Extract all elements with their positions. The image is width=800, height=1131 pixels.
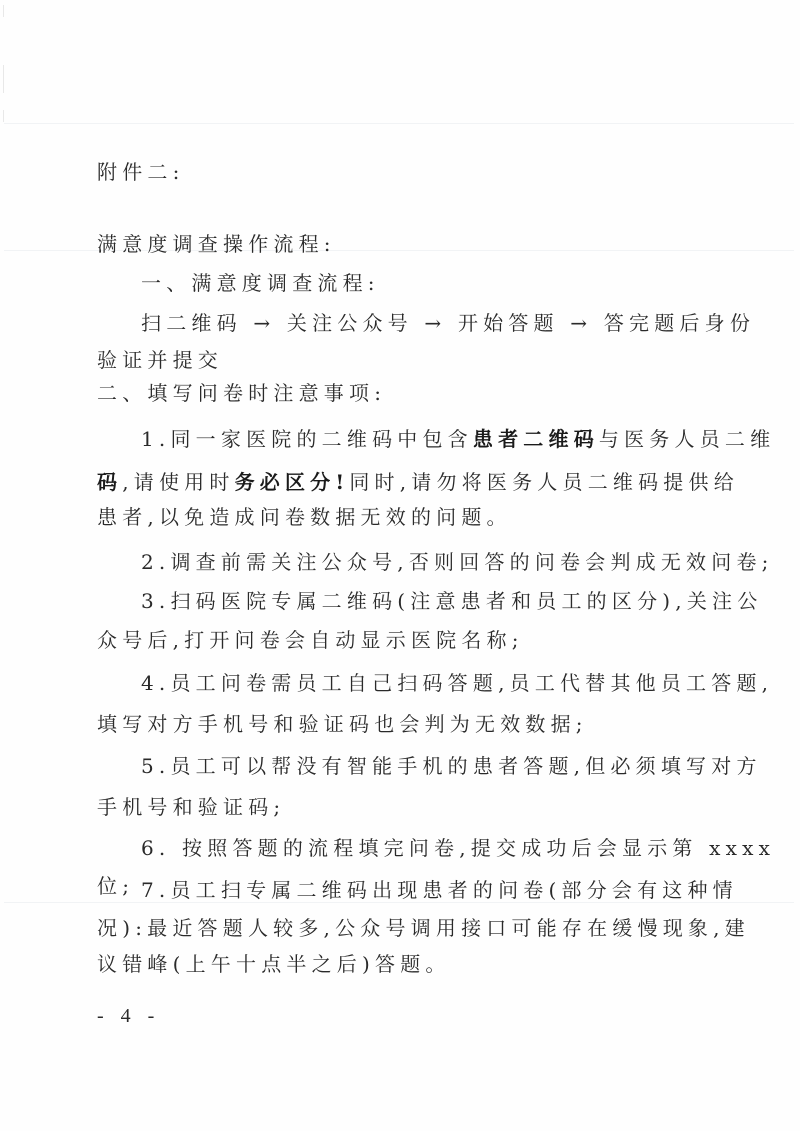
item5-line2: 手机号和验证码; bbox=[97, 795, 285, 819]
item7-line3: 议错峰(上午十点半之后)答题。 bbox=[97, 952, 451, 976]
item1-line3: 患者,以免造成问卷数据无效的问题。 bbox=[97, 505, 512, 529]
page-number: - 4 - bbox=[97, 1005, 160, 1028]
item6-line1: 6. 按照答题的流程填完问卷,提交成功后会显示第 xxxx bbox=[141, 836, 775, 860]
flow-steps-line1: 扫二维码 → 关注公众号 → 开始答题 → 答完题后身份 bbox=[141, 311, 755, 335]
scan-line bbox=[4, 123, 794, 124]
scan-edge-mark bbox=[3, 5, 4, 17]
item3-line2: 众号后,打开问卷会自动显示医院名称; bbox=[97, 628, 524, 652]
item7-line2: 况):最近答题人较多,公众号调用接口可能存在缓慢现象,建 bbox=[97, 916, 750, 940]
emphasis-text: 码 bbox=[97, 470, 122, 494]
scan-line bbox=[4, 902, 794, 903]
section1-heading: 一、满意度调查流程: bbox=[141, 271, 380, 295]
section2-heading: 二、填写问卷时注意事项: bbox=[97, 381, 386, 405]
scan-edge-mark bbox=[3, 65, 4, 93]
text: ,请使用时 bbox=[122, 470, 234, 494]
item1-line2: 码,请使用时务必区分!同时,请勿将医务人员二维码提供给 bbox=[97, 470, 739, 494]
text: 1.同一家医院的二维码中包含 bbox=[141, 427, 473, 451]
emphasis-text: 务必区分! bbox=[235, 470, 350, 494]
item7-line1: 7.员工扫专属二维码出现患者的问卷(部分会有这种情 bbox=[141, 878, 738, 902]
emphasis-text: 患者二维码 bbox=[473, 427, 599, 451]
item3-line1: 3.扫码医院专属二维码(注意患者和员工的区分),关注公 bbox=[141, 589, 762, 613]
item4-line1: 4.员工问卷需员工自己扫码答题,员工代替其他员工答题, bbox=[141, 671, 773, 695]
text: 同时,请勿将医务人员二维码提供给 bbox=[349, 470, 739, 494]
item2: 2.调查前需关注公众号,否则回答的问卷会判成无效问卷; bbox=[141, 550, 774, 574]
document-title: 满意度调查操作流程: bbox=[97, 232, 336, 256]
item1-line1: 1.同一家医院的二维码中包含患者二维码与医务人员二维 bbox=[141, 427, 775, 451]
item5-line1: 5.员工可以帮没有智能手机的患者答题,但必须填写对方 bbox=[141, 754, 762, 778]
scan-edge-mark bbox=[3, 110, 4, 122]
flow-steps-line2: 验证并提交 bbox=[97, 348, 223, 372]
item4-line2: 填写对方手机号和验证码也会判为无效数据; bbox=[97, 712, 588, 736]
text: 与医务人员二维 bbox=[599, 427, 775, 451]
item6-line2: 位; bbox=[97, 874, 134, 898]
attachment-label: 附件二: bbox=[97, 160, 185, 184]
document-page: 附件二: 满意度调查操作流程: 一、满意度调查流程: 扫二维码 → 关注公众号 … bbox=[0, 0, 800, 1131]
